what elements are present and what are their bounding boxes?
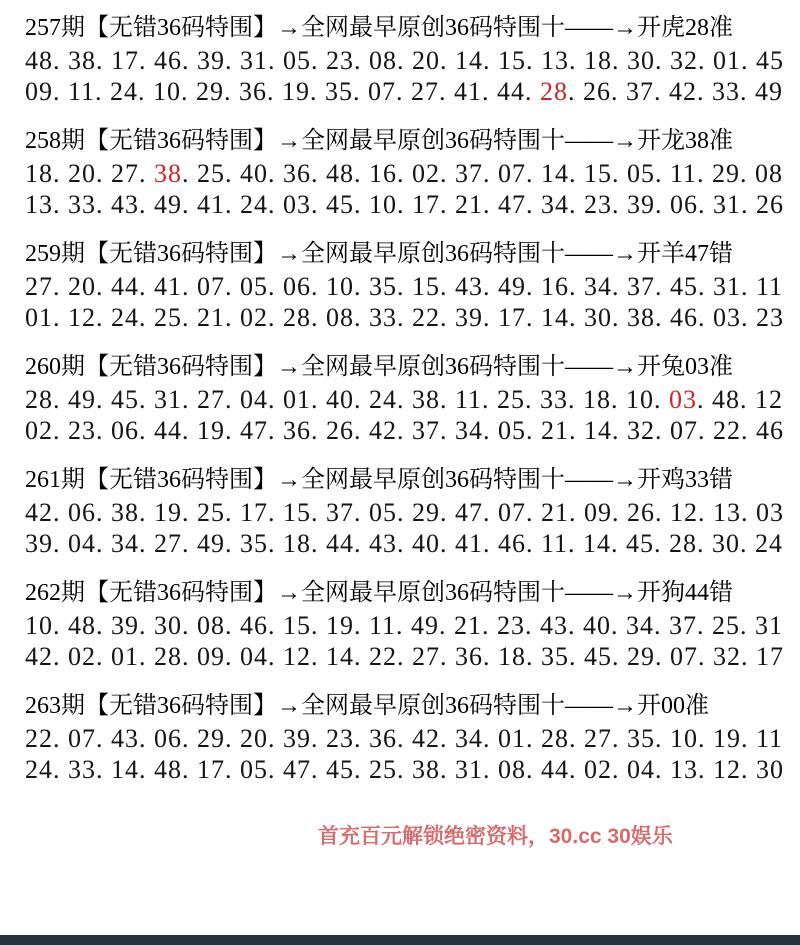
- number: 22: [25, 724, 53, 753]
- number: 07: [498, 159, 526, 188]
- number: 37: [455, 159, 483, 188]
- number: 47: [455, 498, 483, 527]
- number: 06: [111, 416, 139, 445]
- number: 10: [369, 190, 397, 219]
- number: 28: [154, 642, 182, 671]
- number: 04: [627, 755, 655, 784]
- block-header: 257期【无错36码特围】→全网最早原创36码特围十——→开虎28准: [25, 12, 800, 45]
- number: 40: [326, 385, 354, 414]
- number: 31: [455, 755, 483, 784]
- number: 34: [541, 190, 569, 219]
- number: 10: [326, 272, 354, 301]
- number: 27: [25, 272, 53, 301]
- number: 39: [197, 46, 225, 75]
- number: 46: [154, 46, 182, 75]
- number: 12: [713, 755, 741, 784]
- number: 48: [68, 611, 96, 640]
- winning-number: 03: [669, 385, 697, 414]
- numbers-row-2: 13. 33. 43. 49. 41. 24. 03. 45. 10. 17. …: [25, 189, 800, 220]
- number: 06: [154, 724, 182, 753]
- number: 09: [25, 77, 53, 106]
- number: 37: [626, 77, 654, 106]
- number: 35: [240, 529, 268, 558]
- number: 33: [68, 190, 96, 219]
- number: 24: [25, 755, 53, 784]
- number: 34: [455, 724, 483, 753]
- number: 45: [626, 529, 654, 558]
- number: 23: [756, 303, 784, 332]
- number: 02: [412, 159, 440, 188]
- number: 22: [713, 416, 741, 445]
- number: 19: [713, 724, 741, 753]
- number: 25: [154, 303, 182, 332]
- number: 02: [25, 416, 53, 445]
- number: 41: [455, 529, 483, 558]
- number: 20: [68, 159, 96, 188]
- number: 13: [670, 755, 698, 784]
- number: 01: [713, 46, 741, 75]
- number: 26: [583, 77, 611, 106]
- number: 23: [584, 190, 612, 219]
- number: 07: [670, 416, 698, 445]
- number: 10: [153, 77, 181, 106]
- number: 07: [368, 77, 396, 106]
- number: 46: [498, 529, 526, 558]
- number: 29: [412, 498, 440, 527]
- number: 29: [712, 159, 740, 188]
- number: 22: [369, 642, 397, 671]
- number: 30: [627, 46, 655, 75]
- number: 41: [154, 272, 182, 301]
- number: 14: [111, 755, 139, 784]
- numbers-row-1: 22. 07. 43. 06. 29. 20. 39. 23. 36. 42. …: [25, 723, 800, 754]
- number: 17: [756, 642, 784, 671]
- number: 10: [25, 611, 53, 640]
- numbers-row-1: 27. 20. 44. 41. 07. 05. 06. 10. 35. 15. …: [25, 271, 800, 302]
- number: 20: [412, 46, 440, 75]
- number: 11: [756, 272, 783, 301]
- number: 26: [756, 190, 784, 219]
- number: 30: [756, 755, 784, 784]
- number: 45: [584, 642, 612, 671]
- number: 45: [111, 385, 139, 414]
- period-block: 262期【无错36码特围】→全网最早原创36码特围十——→开狗44错 10. 4…: [25, 577, 800, 672]
- number: 23: [68, 416, 96, 445]
- block-header: 260期【无错36码特围】→全网最早原创36码特围十——→开兔03准: [25, 351, 800, 384]
- number: 39: [627, 190, 655, 219]
- number: 05: [283, 46, 311, 75]
- number: 39: [283, 724, 311, 753]
- number: 39: [25, 529, 53, 558]
- number: 05: [627, 159, 655, 188]
- number: 11: [670, 159, 697, 188]
- number: 05: [369, 498, 397, 527]
- number: 21: [541, 416, 569, 445]
- number: 22: [412, 303, 440, 332]
- number: 03: [756, 498, 784, 527]
- number: 02: [68, 642, 96, 671]
- numbers-row-2: 39. 04. 34. 27. 49. 35. 18. 44. 43. 40. …: [25, 528, 800, 559]
- number: 21: [454, 611, 482, 640]
- number: 30: [584, 303, 612, 332]
- number: 04: [240, 385, 268, 414]
- promo-text[interactable]: 首充百元解锁绝密资料，30.cc 30娱乐: [318, 825, 800, 849]
- number: 39: [111, 611, 139, 640]
- number: 27: [154, 529, 182, 558]
- number: 19: [282, 77, 310, 106]
- number: 34: [455, 416, 483, 445]
- number: 40: [240, 159, 268, 188]
- number: 49: [197, 529, 225, 558]
- number: 10: [626, 385, 654, 414]
- number: 43: [540, 611, 568, 640]
- number: 47: [498, 190, 526, 219]
- number: 37: [627, 272, 655, 301]
- block-header: 262期【无错36码特围】→全网最早原创36码特围十——→开狗44错: [25, 577, 800, 610]
- number: 05: [240, 755, 268, 784]
- number: 19: [326, 611, 354, 640]
- number: 46: [670, 303, 698, 332]
- number: 27: [411, 77, 439, 106]
- winning-number: 38: [154, 159, 182, 188]
- number: 14: [541, 303, 569, 332]
- number: 13: [25, 190, 53, 219]
- number: 18: [584, 46, 612, 75]
- number: 02: [240, 303, 268, 332]
- number: 13: [541, 46, 569, 75]
- number: 43: [455, 272, 483, 301]
- number: 12: [670, 498, 698, 527]
- number: 35: [541, 642, 569, 671]
- numbers-row-2: 42. 02. 01. 28. 09. 04. 12. 14. 22. 27. …: [25, 641, 800, 672]
- number: 04: [240, 642, 268, 671]
- number: 45: [326, 755, 354, 784]
- number: 08: [369, 46, 397, 75]
- numbers-row-1: 42. 06. 38. 19. 25. 17. 15. 37. 05. 29. …: [25, 497, 800, 528]
- number: 06: [670, 190, 698, 219]
- number: 28: [669, 529, 697, 558]
- number: 02: [584, 755, 612, 784]
- number: 21: [541, 498, 569, 527]
- number: 10: [670, 724, 698, 753]
- number: 25: [497, 385, 525, 414]
- number: 17: [412, 190, 440, 219]
- period-block: 263期【无错36码特围】→全网最早原创36码特围十——→开00准 22. 07…: [25, 690, 800, 785]
- number: 08: [755, 159, 783, 188]
- number: 36: [369, 724, 397, 753]
- number: 07: [670, 642, 698, 671]
- number: 37: [412, 416, 440, 445]
- number: 18: [498, 642, 526, 671]
- number: 48: [154, 755, 182, 784]
- number: 01: [283, 385, 311, 414]
- number: 46: [240, 611, 268, 640]
- number: 35: [325, 77, 353, 106]
- number: 42: [25, 498, 53, 527]
- number: 20: [240, 724, 268, 753]
- number: 31: [154, 385, 182, 414]
- number: 21: [455, 190, 483, 219]
- number: 11: [455, 385, 482, 414]
- number: 45: [756, 46, 784, 75]
- number: 28: [283, 303, 311, 332]
- number: 05: [498, 416, 526, 445]
- number: 44: [326, 529, 354, 558]
- block-header: 261期【无错36码特围】→全网最早原创36码特围十——→开鸡33错: [25, 464, 800, 497]
- number: 03: [713, 303, 741, 332]
- number: 32: [713, 642, 741, 671]
- numbers-row-1: 48. 38. 17. 46. 39. 31. 05. 23. 08. 20. …: [25, 45, 800, 76]
- numbers-row-2: 01. 12. 24. 25. 21. 02. 28. 08. 33. 22. …: [25, 302, 800, 333]
- number: 49: [411, 611, 439, 640]
- number: 33: [540, 385, 568, 414]
- number: 23: [326, 724, 354, 753]
- number: 27: [584, 724, 612, 753]
- number: 05: [240, 272, 268, 301]
- number: 09: [197, 642, 225, 671]
- number: 17: [240, 498, 268, 527]
- number: 44: [541, 755, 569, 784]
- number: 36: [283, 416, 311, 445]
- number: 27: [197, 385, 225, 414]
- number: 31: [713, 190, 741, 219]
- number: 29: [196, 77, 224, 106]
- number: 07: [68, 724, 96, 753]
- number: 18: [283, 529, 311, 558]
- lottery-records-page: 257期【无错36码特围】→全网最早原创36码特围十——→开虎28准 48. 3…: [0, 0, 800, 849]
- number: 49: [498, 272, 526, 301]
- number: 32: [670, 46, 698, 75]
- number: 13: [713, 498, 741, 527]
- number: 17: [197, 755, 225, 784]
- number: 33: [369, 303, 397, 332]
- number: 29: [197, 724, 225, 753]
- number: 19: [154, 498, 182, 527]
- number: 43: [111, 190, 139, 219]
- number: 11: [756, 724, 783, 753]
- number: 48: [25, 46, 53, 75]
- number: 31: [713, 272, 741, 301]
- number: 38: [68, 46, 96, 75]
- footer-bar: [0, 935, 800, 945]
- number: 24: [369, 385, 397, 414]
- number: 43: [111, 724, 139, 753]
- number: 27: [412, 642, 440, 671]
- number: 38: [412, 755, 440, 784]
- number: 11: [68, 77, 95, 106]
- number: 40: [583, 611, 611, 640]
- number: 37: [326, 498, 354, 527]
- number: 28: [541, 724, 569, 753]
- number: 26: [627, 498, 655, 527]
- number: 38: [111, 498, 139, 527]
- number: 15: [498, 46, 526, 75]
- number: 34: [626, 611, 654, 640]
- number: 48: [326, 159, 354, 188]
- number: 42: [369, 416, 397, 445]
- number: 34: [111, 529, 139, 558]
- numbers-row-1: 28. 49. 45. 31. 27. 04. 01. 40. 24. 38. …: [25, 384, 800, 415]
- number: 04: [68, 529, 96, 558]
- number: 36: [455, 642, 483, 671]
- number: 49: [68, 385, 96, 414]
- number: 35: [627, 724, 655, 753]
- number: 07: [197, 272, 225, 301]
- numbers-row-1: 10. 48. 39. 30. 08. 46. 15. 19. 11. 49. …: [25, 610, 800, 641]
- period-blocks-list: 257期【无错36码特围】→全网最早原创36码特围十——→开虎28准 48. 3…: [25, 12, 800, 785]
- number: 14: [455, 46, 483, 75]
- period-block: 257期【无错36码特围】→全网最早原创36码特围十——→开虎28准 48. 3…: [25, 12, 800, 107]
- number: 01: [25, 303, 53, 332]
- number: 25: [712, 611, 740, 640]
- number: 20: [68, 272, 96, 301]
- number: 44: [154, 416, 182, 445]
- period-block: 260期【无错36码特围】→全网最早原创36码特围十——→开兔03准 28. 4…: [25, 351, 800, 446]
- number: 18: [583, 385, 611, 414]
- numbers-row-2: 24. 33. 14. 48. 17. 05. 47. 45. 25. 38. …: [25, 754, 800, 785]
- number: 31: [755, 611, 783, 640]
- number: 41: [197, 190, 225, 219]
- number: 30: [712, 529, 740, 558]
- number: 27: [111, 159, 139, 188]
- number: 25: [197, 159, 225, 188]
- period-block: 261期【无错36码特围】→全网最早原创36码特围十——→开鸡33错 42. 0…: [25, 464, 800, 559]
- number: 11: [541, 529, 568, 558]
- number: 42: [669, 77, 697, 106]
- block-header: 259期【无错36码特围】→全网最早原创36码特围十——→开羊47错: [25, 238, 800, 271]
- number: 37: [669, 611, 697, 640]
- number: 12: [68, 303, 96, 332]
- number: 44: [111, 272, 139, 301]
- number: 15: [283, 611, 311, 640]
- number: 01: [111, 642, 139, 671]
- number: 46: [756, 416, 784, 445]
- number: 48: [712, 385, 740, 414]
- block-header: 263期【无错36码特围】→全网最早原创36码特围十——→开00准: [25, 690, 800, 723]
- number: 26: [326, 416, 354, 445]
- number: 03: [283, 190, 311, 219]
- number: 08: [498, 755, 526, 784]
- numbers-row-2: 02. 23. 06. 44. 19. 47. 36. 26. 42. 37. …: [25, 415, 800, 446]
- number: 24: [755, 529, 783, 558]
- number: 32: [627, 416, 655, 445]
- number: 12: [755, 385, 783, 414]
- number: 15: [584, 159, 612, 188]
- number: 24: [111, 303, 139, 332]
- number: 14: [583, 529, 611, 558]
- number: 09: [584, 498, 612, 527]
- number: 14: [541, 159, 569, 188]
- number: 12: [283, 642, 311, 671]
- number: 40: [412, 529, 440, 558]
- number: 16: [541, 272, 569, 301]
- number: 44: [497, 77, 525, 106]
- number: 25: [369, 755, 397, 784]
- number: 49: [154, 190, 182, 219]
- number: 42: [412, 724, 440, 753]
- number: 17: [498, 303, 526, 332]
- number: 06: [283, 272, 311, 301]
- number: 11: [369, 611, 396, 640]
- number: 47: [283, 755, 311, 784]
- number: 42: [25, 642, 53, 671]
- number: 01: [498, 724, 526, 753]
- number: 08: [326, 303, 354, 332]
- number: 19: [197, 416, 225, 445]
- number: 08: [197, 611, 225, 640]
- number: 15: [283, 498, 311, 527]
- numbers-row-1: 18. 20. 27. 38. 25. 40. 36. 48. 16. 02. …: [25, 158, 800, 189]
- number: 24: [110, 77, 138, 106]
- number: 49: [755, 77, 783, 106]
- number: 24: [240, 190, 268, 219]
- number: 45: [326, 190, 354, 219]
- number: 38: [627, 303, 655, 332]
- number: 23: [497, 611, 525, 640]
- number: 18: [25, 159, 53, 188]
- number: 39: [455, 303, 483, 332]
- number: 30: [154, 611, 182, 640]
- number: 31: [240, 46, 268, 75]
- number: 14: [584, 416, 612, 445]
- number: 36: [283, 159, 311, 188]
- period-block: 258期【无错36码特围】→全网最早原创36码特围十——→开龙38准 18. 2…: [25, 125, 800, 220]
- number: 14: [326, 642, 354, 671]
- number: 45: [670, 272, 698, 301]
- number: 43: [369, 529, 397, 558]
- number: 33: [68, 755, 96, 784]
- number: 06: [68, 498, 96, 527]
- block-header: 258期【无错36码特围】→全网最早原创36码特围十——→开龙38准: [25, 125, 800, 158]
- number: 47: [240, 416, 268, 445]
- number: 34: [584, 272, 612, 301]
- number: 23: [326, 46, 354, 75]
- number: 21: [197, 303, 225, 332]
- number: 36: [239, 77, 267, 106]
- winning-number: 28: [540, 77, 568, 106]
- number: 25: [197, 498, 225, 527]
- number: 35: [369, 272, 397, 301]
- number: 07: [498, 498, 526, 527]
- period-block: 259期【无错36码特围】→全网最早原创36码特围十——→开羊47错 27. 2…: [25, 238, 800, 333]
- number: 33: [712, 77, 740, 106]
- number: 38: [412, 385, 440, 414]
- number: 16: [369, 159, 397, 188]
- number: 17: [111, 46, 139, 75]
- number: 41: [454, 77, 482, 106]
- number: 28: [25, 385, 53, 414]
- numbers-row-2: 09. 11. 24. 10. 29. 36. 19. 35. 07. 27. …: [25, 76, 800, 107]
- number: 15: [412, 272, 440, 301]
- number: 29: [627, 642, 655, 671]
